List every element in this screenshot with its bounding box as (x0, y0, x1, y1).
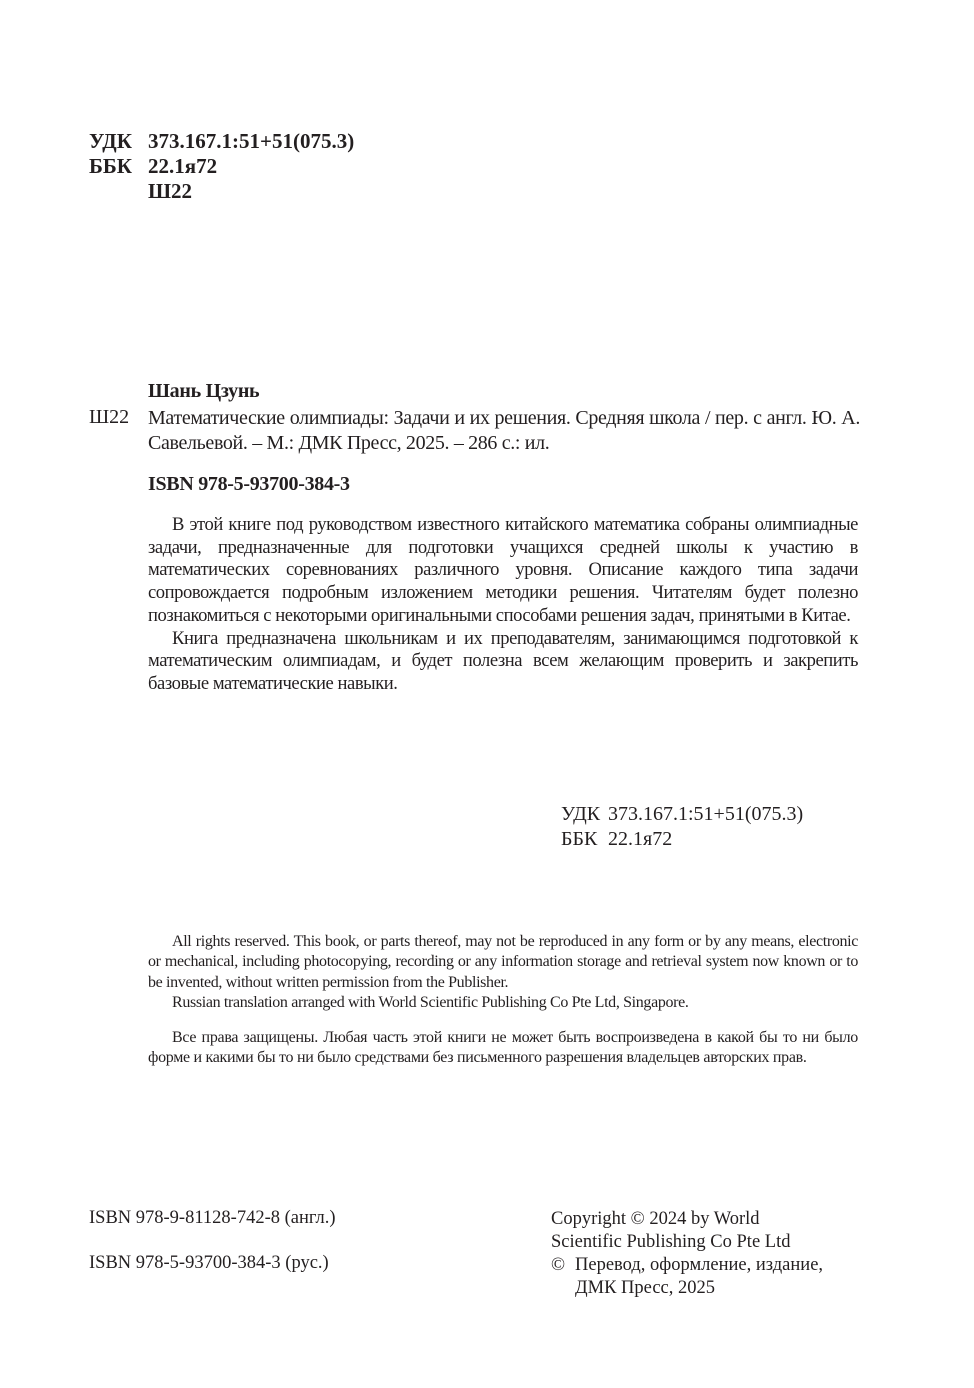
rights-paragraph: Все права защищены. Любая часть этой кни… (148, 1028, 858, 1069)
copyright-icon: © (551, 1254, 575, 1277)
rights-notice-russian: Все права защищены. Любая часть этой кни… (148, 1028, 858, 1069)
bbk-label: ББК (89, 154, 132, 179)
copyright-line: Copyright © 2024 by World (551, 1208, 823, 1231)
copyright-line: ДМК Пресс, 2025 (551, 1277, 823, 1300)
copyright-line: Scientific Publishing Co Pte Ltd (551, 1231, 823, 1254)
bibliographic-description: Математические олимпиады: Задачи и их ре… (148, 406, 860, 456)
udk-row-bottom: УДК373.167.1:51+51(075.3) (561, 802, 803, 827)
classification-bottom: УДК373.167.1:51+51(075.3) ББК22.1я72 (561, 802, 803, 852)
annotation-paragraph: Книга предназначена школьникам и их преп… (148, 628, 858, 696)
udk-label: УДК (89, 129, 132, 154)
annotation-paragraph: В этой книге под руководством известного… (148, 514, 858, 628)
cutter-mark: Ш22 (89, 406, 129, 429)
bbk-label: ББК (561, 827, 608, 852)
udk-label: УДК (561, 802, 608, 827)
copyright-block: Copyright © 2024 by World Scientific Pub… (551, 1208, 823, 1300)
annotation: В этой книге под руководством известного… (148, 514, 858, 696)
rights-notice-english: All rights reserved. This book, or parts… (148, 932, 858, 1014)
bbk-row-bottom: ББК22.1я72 (561, 827, 803, 852)
isbn-russian: ISBN 978-5-93700-384-3 (рус.) (89, 1253, 336, 1298)
rights-paragraph: Russian translation arranged with World … (148, 993, 858, 1013)
copyright-text: Перевод, оформление, издание, (575, 1255, 823, 1275)
rights-paragraph: All rights reserved. This book, or parts… (148, 932, 858, 993)
copyright-line: ©Перевод, оформление, издание, (551, 1254, 823, 1277)
isbn-list: ISBN 978-9-81128-742-8 (англ.) ISBN 978-… (89, 1208, 336, 1298)
udk-value: 373.167.1:51+51(075.3) (148, 129, 354, 154)
cutter-code: Ш22 (148, 179, 192, 204)
udk-value: 373.167.1:51+51(075.3) (608, 803, 803, 825)
author-name: Шань Цзунь (148, 380, 259, 403)
isbn-main: ISBN 978-5-93700-384-3 (148, 473, 350, 496)
isbn-english: ISBN 978-9-81128-742-8 (англ.) (89, 1208, 336, 1253)
bbk-value: 22.1я72 (148, 154, 217, 179)
bbk-value: 22.1я72 (608, 828, 672, 850)
